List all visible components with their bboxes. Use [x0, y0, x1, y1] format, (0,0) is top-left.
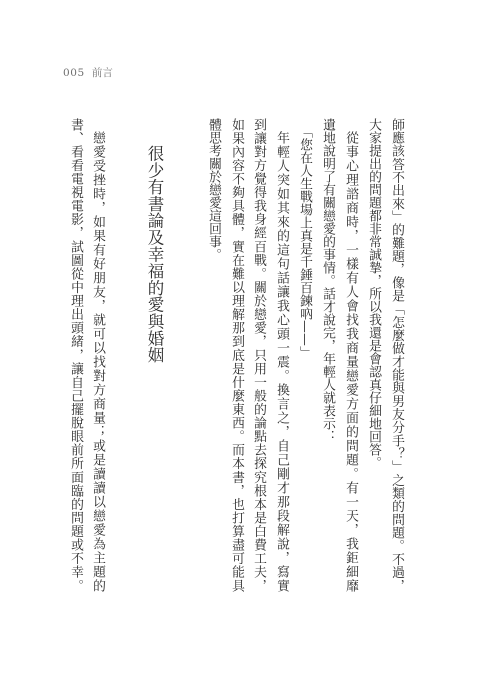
- text-column-3: 從事心理諮商時，一樣有人會找我商量戀愛方面的問題。有一天，我鉅細靡: [342, 131, 358, 592]
- running-header-title: 前言: [92, 66, 113, 80]
- text-column-1: 師應該答不出來」的難題，像是「怎麼做才能與男友分手？」之類的問題。不過，: [388, 118, 404, 592]
- text-column-6: 年輕人突如其來的這句話讓我心頭一震。換言之，自己剛才那段解說，寫實: [273, 131, 289, 592]
- page-number: 005: [63, 66, 85, 80]
- quote-column: 「您在人生戰場上真是千錘百鍊吶——」: [296, 125, 312, 592]
- running-header: 005 前言: [63, 66, 113, 80]
- section-column-2: 書、看看電視電影，試圖從中理出頭緒，讓自己擺脫眼前所面臨的問題或不幸。: [67, 118, 83, 592]
- text-column-7: 到讓對方覺得我身經百戰。關於戀愛，只用一般的論點去探究根本是白費工夫，: [250, 118, 266, 592]
- section-column-1: 戀愛受挫時，如果有好朋友，就可以找對方商量；或是讀讀以戀愛為主題的: [89, 131, 105, 592]
- text-column-9: 體思考關於戀愛這回事。: [205, 118, 221, 592]
- text-column-2: 大家提出的問題都非常誠摯，所以我還是會認真仔細地回答。: [365, 118, 381, 592]
- text-column-8: 如果內容不夠具體，實在難以理解那到底是什麼東西。而本書，也打算盡可能具: [228, 118, 244, 592]
- text-column-4: 遺地說明了有關戀愛的事情。話才說完，年輕人就表示：: [319, 118, 335, 592]
- section-heading: 很少有書論及幸福的愛與婚姻: [144, 145, 164, 375]
